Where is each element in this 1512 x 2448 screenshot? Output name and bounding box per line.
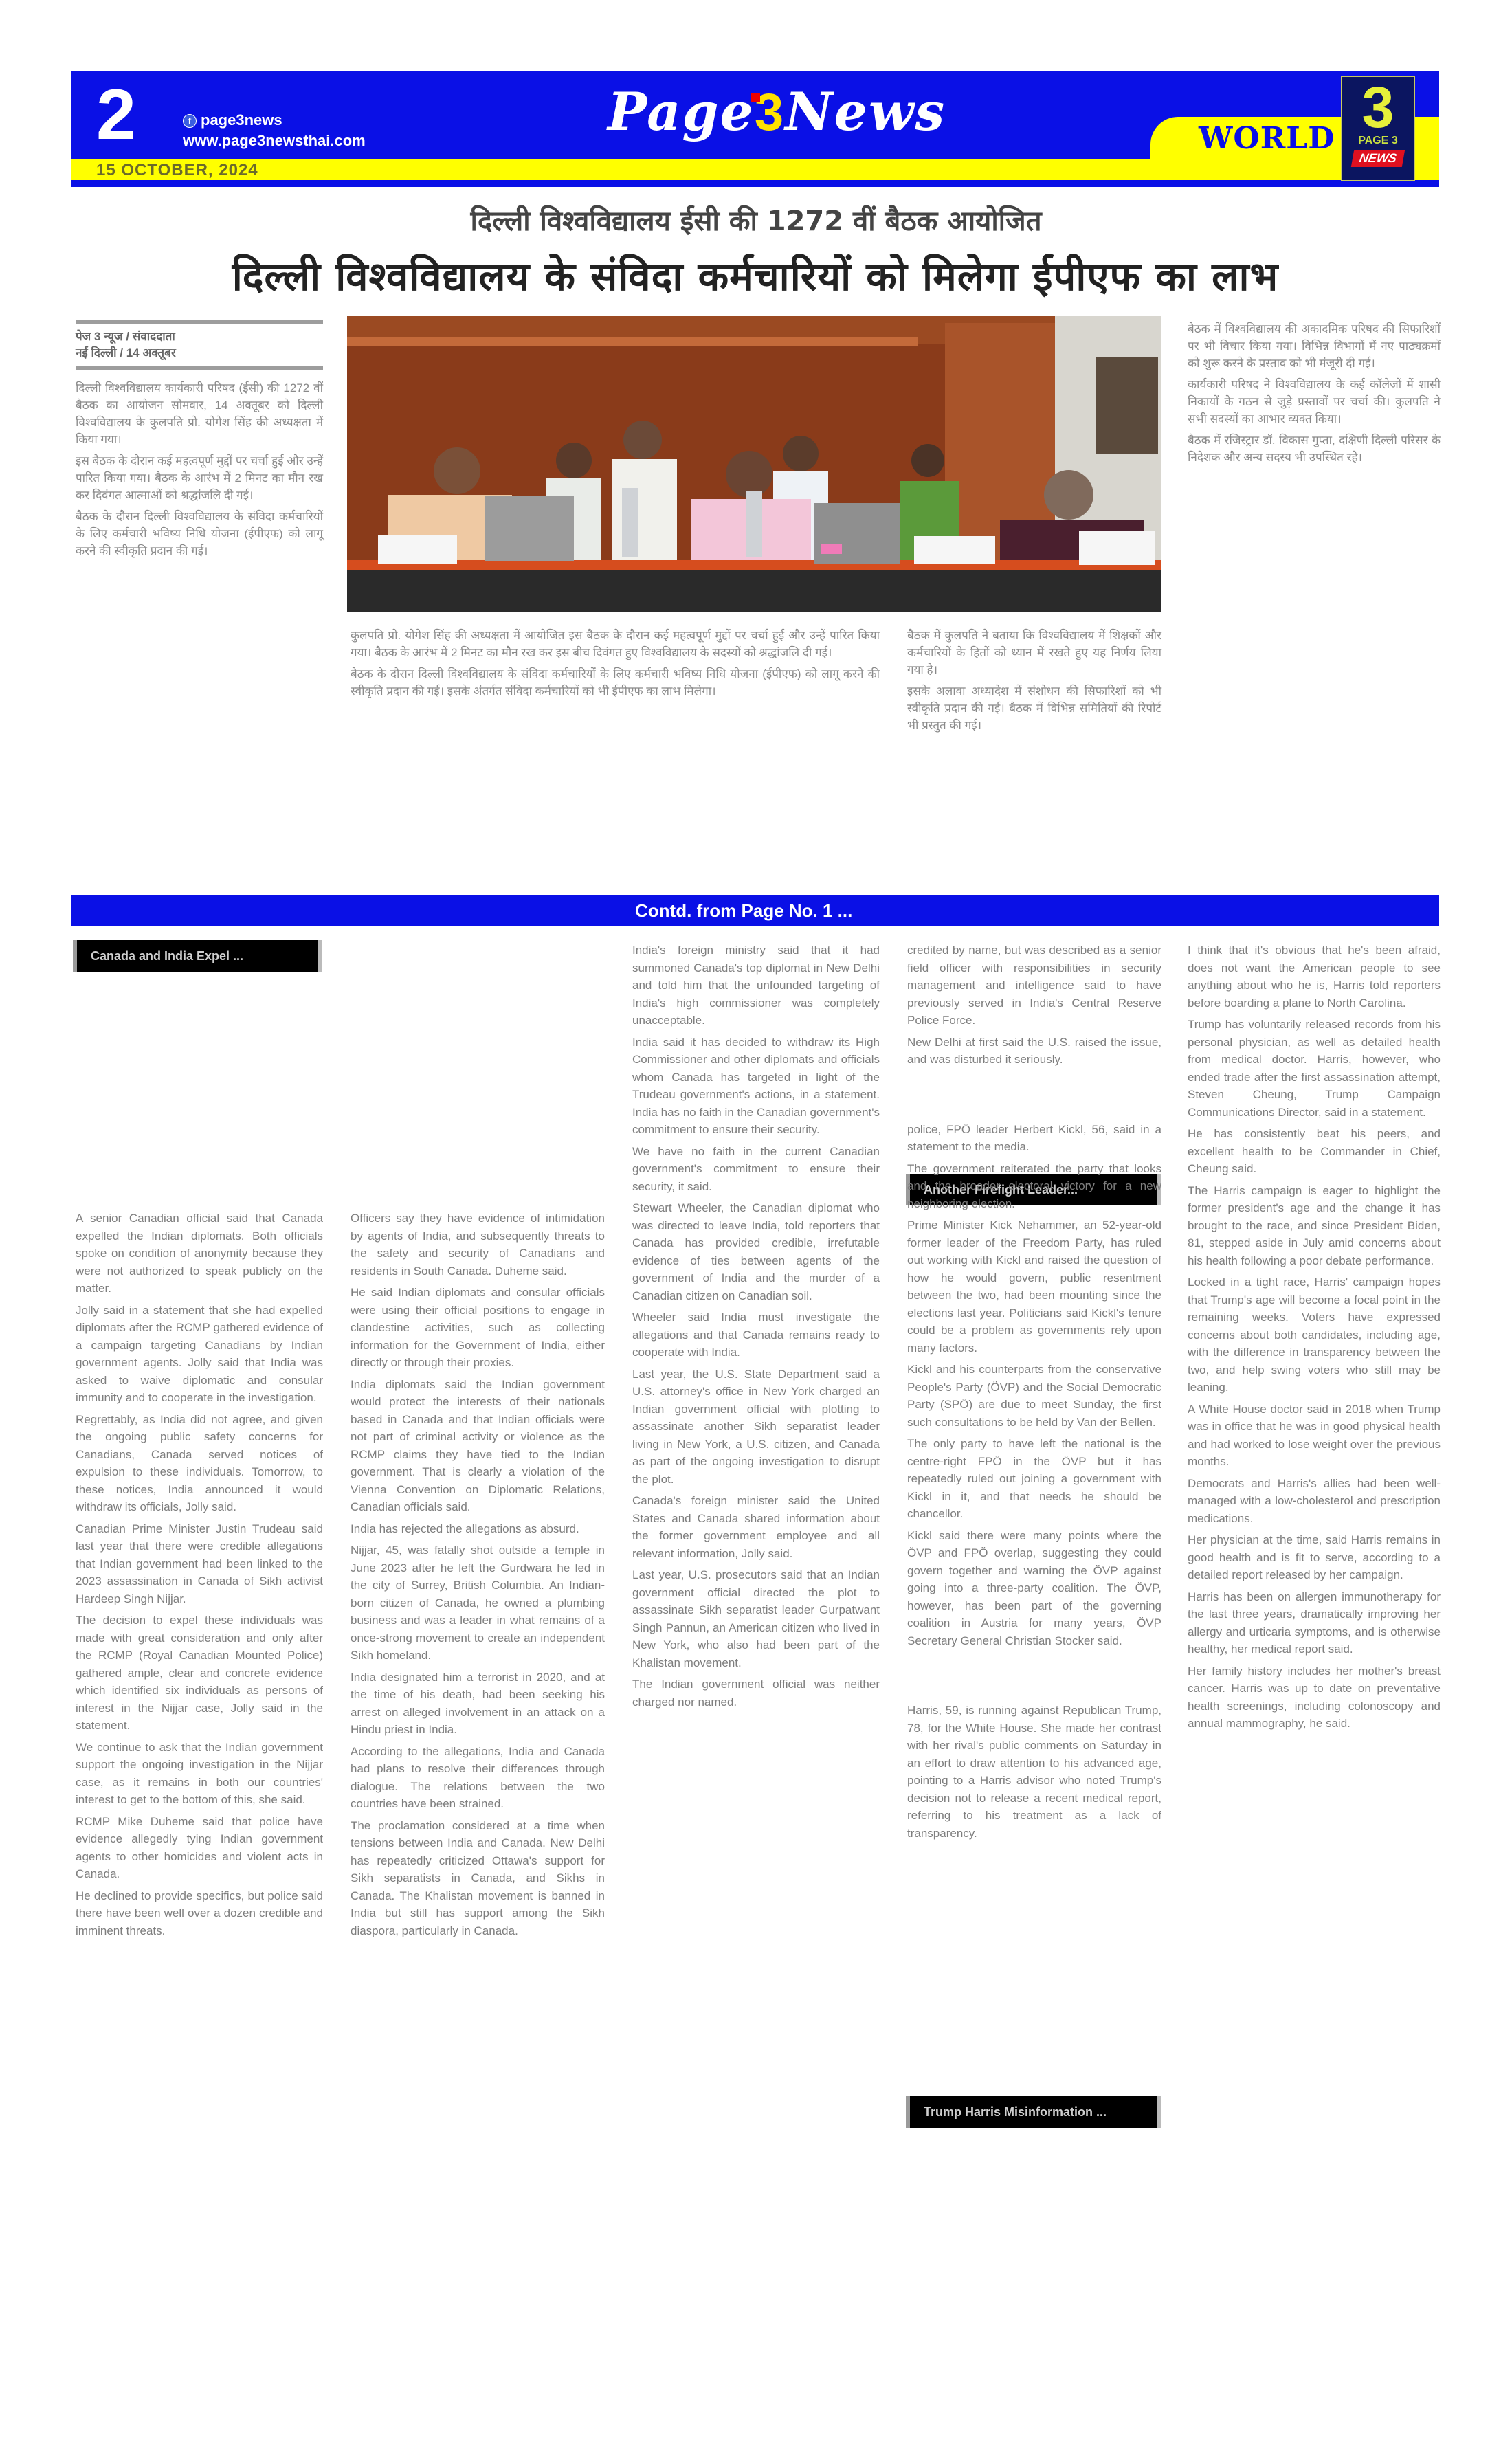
section-label-canada: Canada and India Expel ... (73, 940, 322, 972)
masthead: 2 fpage3news www.page3newsthai.com 15 OC… (71, 71, 1439, 187)
top-story-under-photo-left: कुलपति प्रो. योगेश सिंह की अध्यक्षता में… (351, 627, 880, 704)
top-story-left-column: पेज 3 न्यूज / संवाददाता नई दिल्ली / 14 अ… (76, 320, 323, 564)
facebook-icon: f (183, 114, 197, 128)
page-number: 2 (96, 77, 136, 153)
section-label: WORLD (1199, 121, 1335, 156)
social-links: fpage3news www.page3newsthai.com (183, 110, 366, 151)
top-story-under-photo-right: बैठक में कुलपति ने बताया कि विश्वविद्याल… (907, 627, 1161, 738)
meeting-photo (347, 316, 1161, 612)
website-link[interactable]: www.page3newsthai.com (183, 131, 366, 151)
byline: पेज 3 न्यूज / संवाददाता नई दिल्ली / 14 अ… (76, 320, 323, 370)
top-story-right-column: बैठक में विश्वविद्यालय की अकादमिक परिषद … (1188, 320, 1441, 470)
continued-column-5: I think that it's obvious that he's been… (1188, 942, 1441, 1737)
issue-date: 15 OCTOBER, 2024 (96, 161, 258, 180)
story-kicker: दिल्ली विश्वविद्यालय ईसी की 1272 वीं बैठ… (0, 201, 1512, 238)
story-headline: दिल्ली विश्वविद्यालय के संविदा कर्मचारिय… (71, 247, 1439, 302)
section-label-trump: Trump Harris Misinformation ... (906, 2096, 1161, 2128)
continued-column-1: A senior Canadian official said that Can… (76, 1210, 323, 1944)
facebook-handle[interactable]: page3news (201, 111, 282, 129)
continued-column-2: Officers say they have evidence of intim… (351, 1210, 605, 1944)
meeting-photo-image (347, 316, 1161, 612)
continued-banner: Contd. from Page No. 1 ... (71, 895, 1439, 926)
brand-badge-icon: 3 PAGE 3 NEWS (1341, 76, 1415, 181)
newspaper-logo: Page3News (608, 81, 946, 142)
newspaper-page: 2 fpage3news www.page3newsthai.com 15 OC… (0, 0, 1512, 2448)
continued-column-4: credited by name, but was described as a… (907, 942, 1161, 1846)
continued-column-3: India's foreign ministry said that it ha… (632, 942, 880, 1715)
